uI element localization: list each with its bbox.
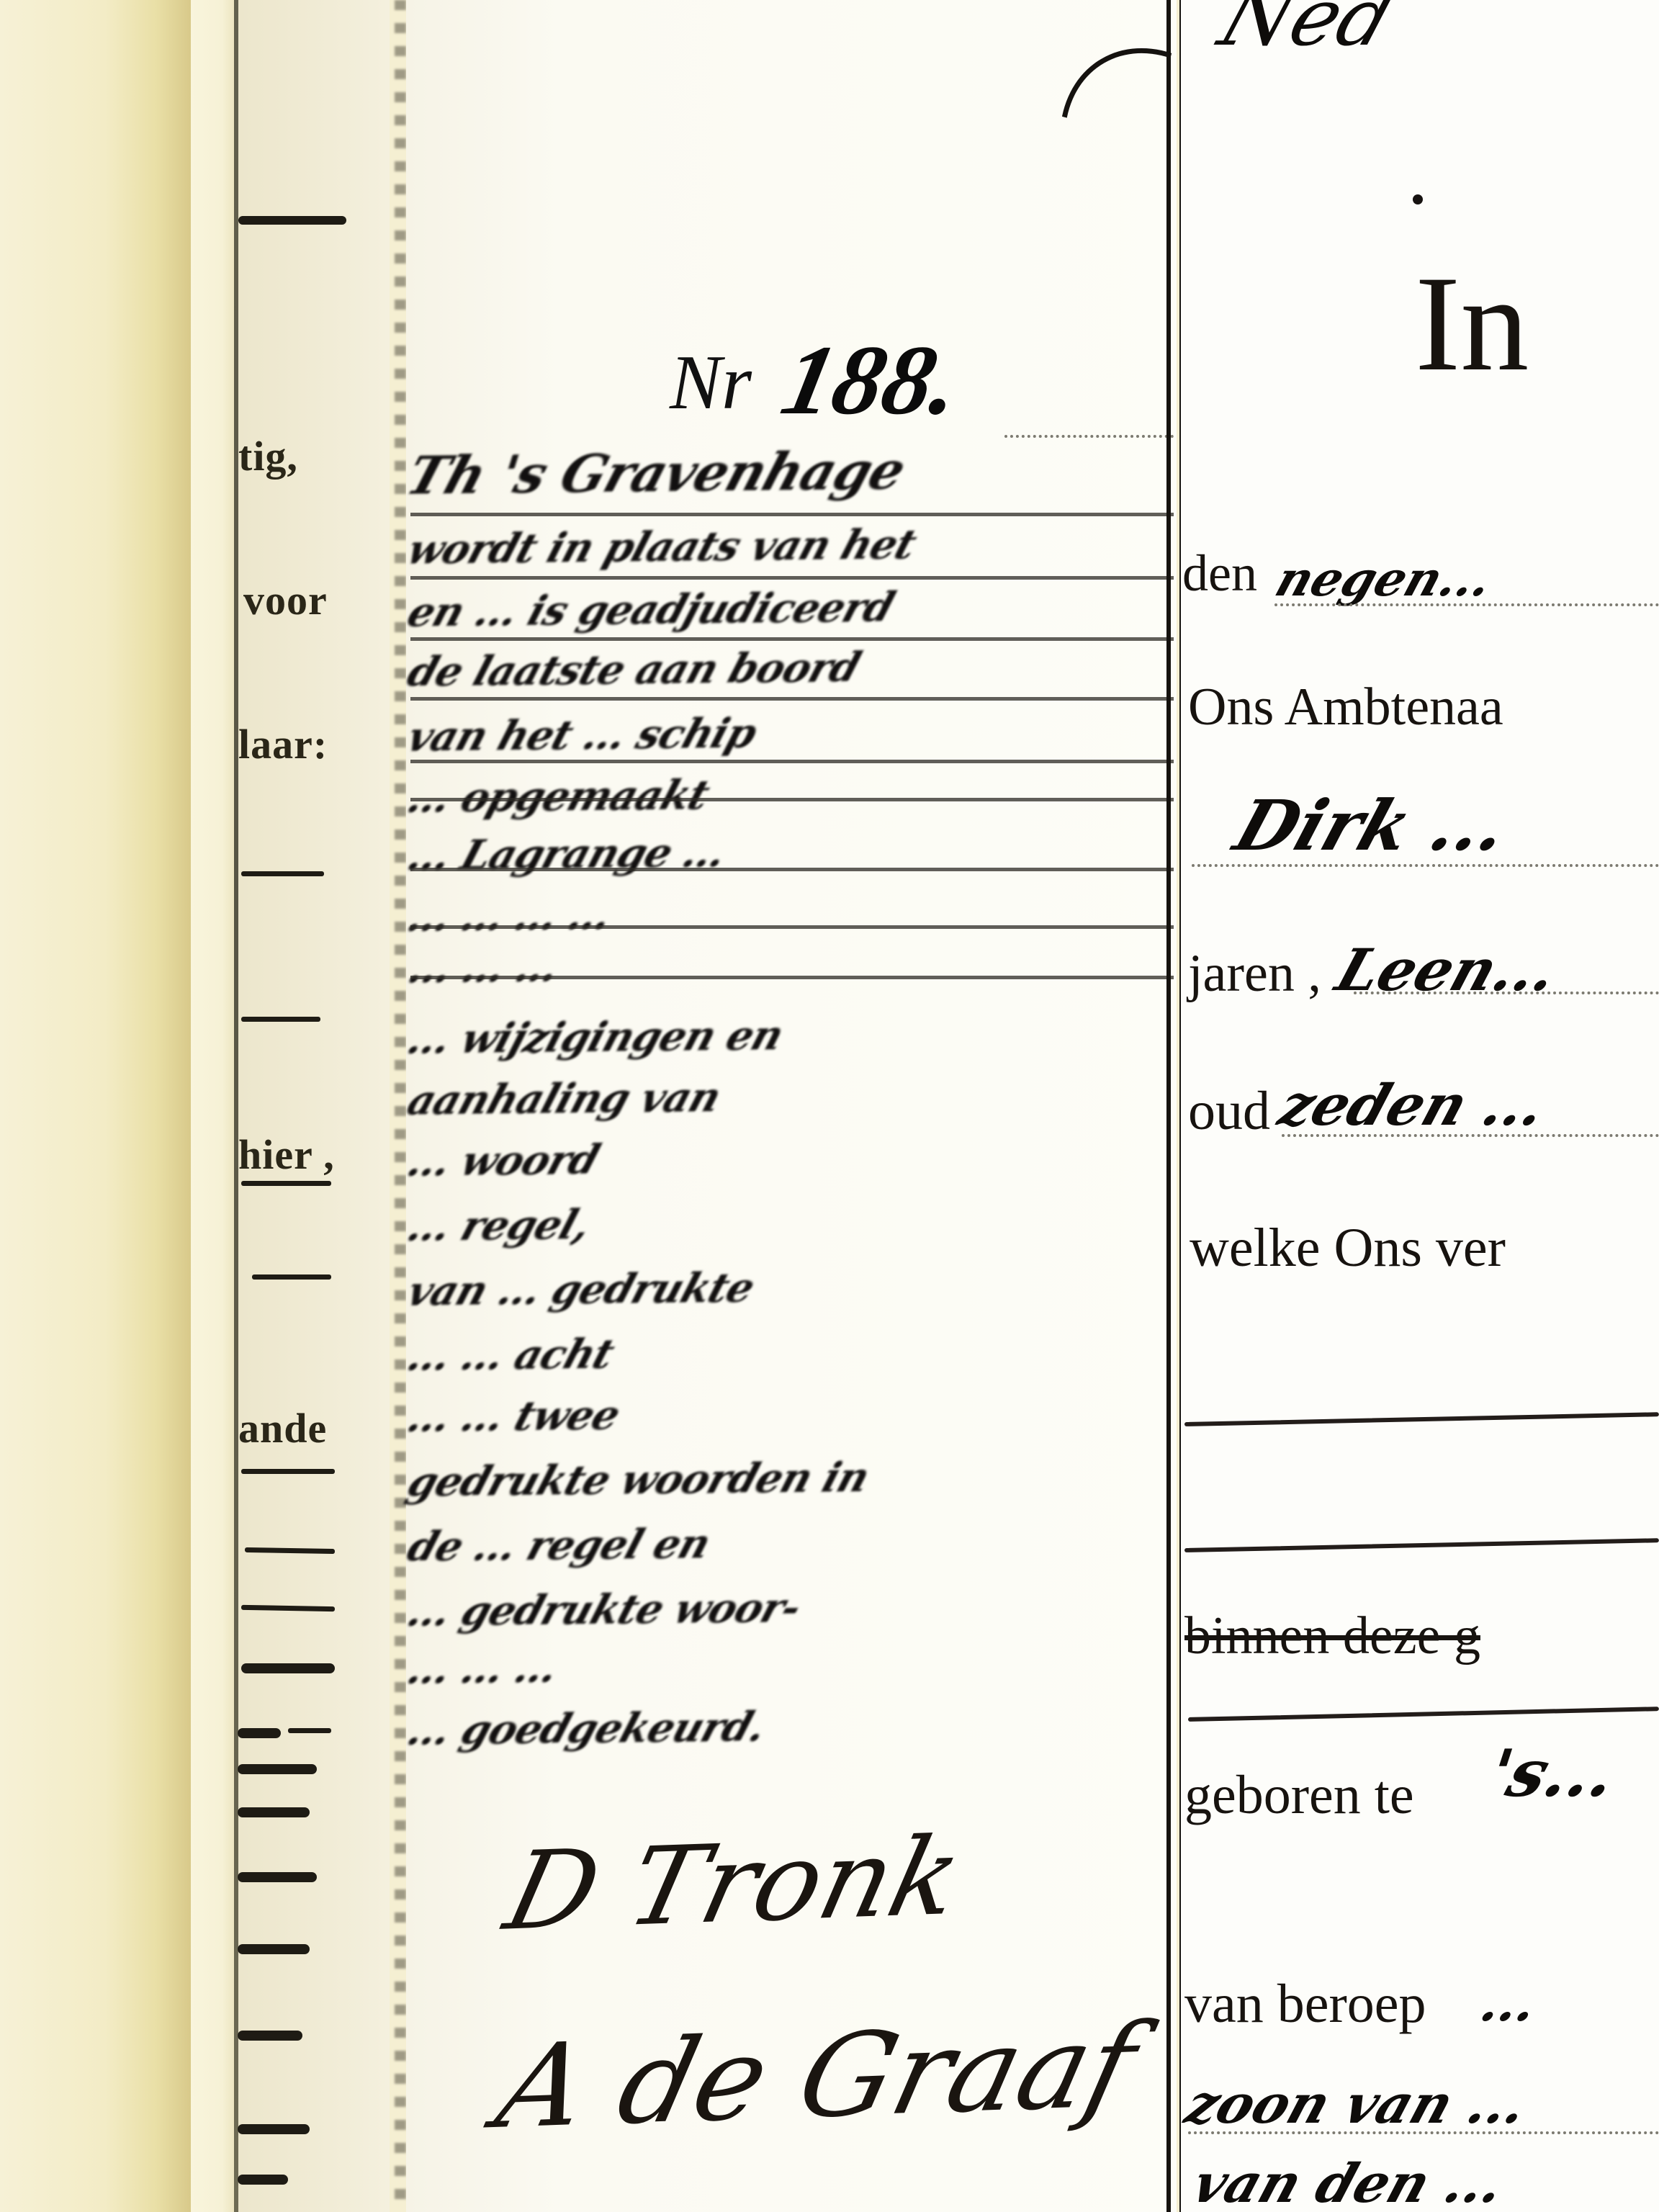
ruled-line xyxy=(410,868,1174,871)
form-label-welke: welke Ons ver xyxy=(1190,1217,1506,1280)
dotted-fill-line xyxy=(1188,2131,1659,2134)
entry-number-value: 188. xyxy=(773,323,971,437)
margin-scrawl xyxy=(238,2031,302,2041)
marginal-note-line: de laatste aan boord xyxy=(402,640,1182,696)
entry-number-label: Nr xyxy=(670,338,752,428)
margin-fragment: ande xyxy=(238,1404,327,1452)
form-label-jaren: jaren , xyxy=(1188,943,1321,1004)
page-edge xyxy=(191,0,235,2212)
marginal-note-line: en ... is geadjudiceerd xyxy=(402,580,1182,636)
dotted-fill-line xyxy=(1282,1134,1659,1137)
margin-fragment: laar: xyxy=(238,720,328,768)
marginal-note-line: van ... gedrukte xyxy=(402,1259,1182,1315)
marginal-note-line: de ... regel en xyxy=(402,1515,1182,1570)
marginal-note-line: ... regel, xyxy=(402,1195,1182,1250)
marginal-note-line: ... opgemaakt xyxy=(402,766,1182,822)
signature-de-graaf: A de Graaf xyxy=(485,1998,1148,2154)
marginal-note-line: ... gedrukte woor- xyxy=(402,1580,1182,1635)
ruled-line xyxy=(410,576,1174,580)
marginal-note-line: aanhaling van xyxy=(402,1069,1182,1124)
marginal-note-line: wordt in plaats van het xyxy=(402,518,1182,573)
margin-rule xyxy=(252,1274,331,1280)
margin-scrawl xyxy=(238,1764,317,1774)
margin-scrawl xyxy=(238,1944,310,1954)
ruled-line xyxy=(410,637,1174,641)
margin-rule xyxy=(241,1017,320,1022)
margin-scrawl xyxy=(238,1872,317,1882)
form-value-birthplace: 's... xyxy=(1478,1735,1627,1812)
margin-rule xyxy=(241,1469,335,1474)
form-label-ambtenaar: Ons Ambtenaa xyxy=(1188,677,1503,738)
form-label-oud: oud xyxy=(1188,1080,1270,1143)
ruled-line xyxy=(410,697,1174,701)
margin-mark xyxy=(238,216,346,225)
margin-scrawl xyxy=(238,2175,288,2185)
form-value-parent-line: zoon van ... xyxy=(1178,2074,1535,2136)
margin-scrawl xyxy=(238,1807,310,1817)
perforation-line xyxy=(395,0,406,2212)
form-label-beroep: van beroep xyxy=(1184,1973,1426,2036)
ruled-line xyxy=(410,513,1174,516)
marginal-note-line: ... goedgekeurd. xyxy=(402,1699,1182,1754)
marginal-note-line: ... ... ... xyxy=(402,1637,1182,1693)
form-value-parent-line-2: van den ... xyxy=(1185,2153,1512,2212)
marginal-note-line: Th 's Gravenhage xyxy=(400,436,1184,505)
margin-rule xyxy=(241,871,324,876)
form-value-name: Dirk ... xyxy=(1226,785,1519,866)
margin-scrawl xyxy=(238,1728,281,1738)
marginal-note-line: gedrukte woorden in xyxy=(402,1450,1182,1506)
margin-fragment: hier , xyxy=(238,1130,335,1179)
ruled-line xyxy=(410,976,1174,979)
margin-scrawl xyxy=(241,1663,335,1673)
form-heading-handwriting: Ned xyxy=(1209,0,1406,63)
marginal-note-line: van het ... schip xyxy=(402,705,1182,760)
marginal-note-line: ... woord xyxy=(402,1130,1182,1185)
margin-rule xyxy=(241,1181,331,1186)
book-spine xyxy=(0,0,191,2212)
dotted-fill-line xyxy=(1274,603,1659,606)
frame-rule-inner xyxy=(1166,0,1171,2212)
margin-scrawl xyxy=(238,2124,310,2134)
form-value-date: negen... xyxy=(1269,551,1499,607)
marginal-note-line: ... ... twee xyxy=(402,1385,1182,1441)
ruled-line xyxy=(410,925,1174,929)
marginal-note-line: ... ... ... ... xyxy=(402,885,1182,940)
printers-mark xyxy=(1413,194,1423,204)
margin-rule xyxy=(288,1728,331,1733)
ruled-line xyxy=(410,798,1174,801)
marginal-note-line: ... ... acht xyxy=(402,1324,1182,1380)
marginal-note-line: ... wijzigingen en xyxy=(402,1007,1182,1063)
form-value-oud: zeden ... xyxy=(1271,1073,1554,1138)
form-initial: In xyxy=(1415,256,1529,392)
ruled-line xyxy=(410,760,1174,763)
dotted-fill-line xyxy=(1192,864,1659,867)
margin-fragment: tig, xyxy=(238,432,298,480)
signature-tronk: D Tronk xyxy=(495,1814,972,1954)
dotted-fill-line xyxy=(1354,992,1659,994)
margin-fragment: voor xyxy=(243,576,328,624)
marginal-note-line: ... ... ... xyxy=(403,942,721,992)
form-label-den: den xyxy=(1182,544,1257,603)
form-label-binnen-struck: binnen deze g xyxy=(1184,1606,1480,1667)
form-label-geboren: geboren te xyxy=(1184,1764,1414,1827)
